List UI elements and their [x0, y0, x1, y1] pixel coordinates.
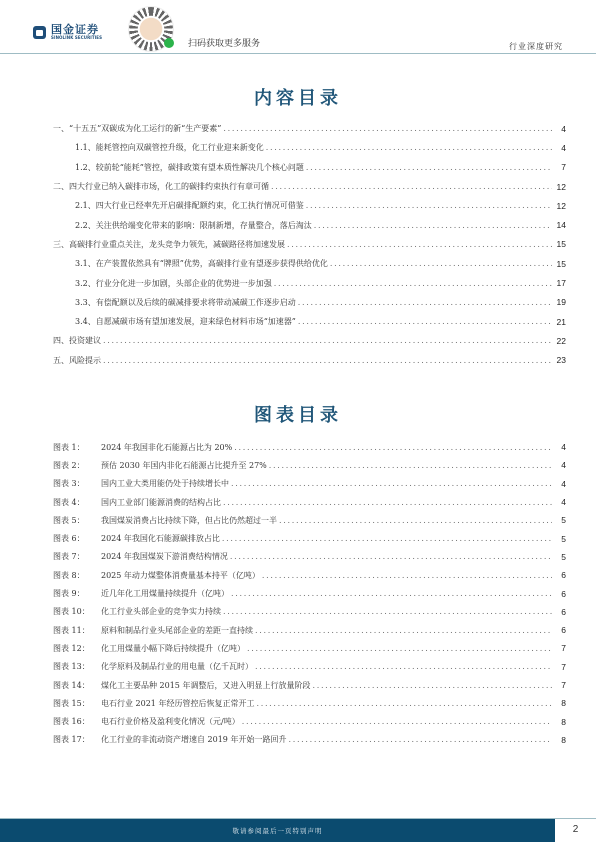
figure-label: 图表 3：	[53, 478, 101, 489]
figure-label: 图表 12：	[53, 643, 101, 654]
figure-entry[interactable]: 图表 12：化工用煤量小幅下降后持续提升（亿吨）7	[53, 639, 566, 657]
figure-page[interactable]: 4	[552, 460, 566, 470]
figure-page[interactable]: 6	[552, 607, 566, 617]
figure-entry[interactable]: 图表 6：2024 年我国化石能源碳排放占比5	[53, 529, 566, 547]
figure-page[interactable]: 7	[552, 662, 566, 672]
figure-title[interactable]: 预估 2030 年国内非化石能源占比提升至 27%	[101, 461, 267, 470]
dot-leader	[255, 662, 552, 671]
figure-entry[interactable]: 图表 13：化学原料及制品行业的用电量（亿千瓦时）7	[53, 658, 566, 676]
figure-page[interactable]: 4	[552, 479, 566, 489]
figure-title[interactable]: 化学原料及制品行业的用电量（亿千瓦时）	[101, 662, 253, 671]
figure-title[interactable]: 2025 年动力煤整体消费量基本持平（亿吨）	[101, 571, 260, 580]
dot-leader	[274, 279, 552, 288]
figure-label: 图表 9：	[53, 588, 101, 599]
figure-label: 图表 4：	[53, 497, 101, 508]
dot-leader	[223, 607, 552, 616]
figure-title[interactable]: 近几年化工用煤量持续提升（亿吨）	[101, 589, 229, 598]
entry-page[interactable]: 23	[552, 355, 566, 365]
figure-title[interactable]: 2024 年我国非化石能源占比为 20%	[101, 443, 232, 452]
figure-page[interactable]: 7	[552, 680, 566, 690]
entry-page[interactable]: 22	[552, 336, 566, 346]
figure-entry[interactable]: 图表 10：化工行业头部企业的竞争实力持续6	[53, 603, 566, 621]
entry-page[interactable]: 21	[552, 317, 566, 327]
entry-title[interactable]: 三、高碳排行业重点关注，龙头竞争力领先，减碳路径将加速发展	[53, 239, 287, 250]
figure-title[interactable]: 我国煤炭消费占比持续下降，但占比仍然超过一半	[101, 516, 277, 525]
entry-page[interactable]: 12	[552, 201, 566, 211]
brand-name-en: SINOLINK SECURITIES	[51, 36, 102, 40]
contents-title: 内容目录	[0, 84, 596, 110]
dot-leader	[255, 626, 552, 635]
figure-label: 图表 6：	[53, 533, 101, 544]
figure-label: 图表 14：	[53, 680, 101, 691]
dot-leader	[269, 461, 552, 470]
dot-leader	[298, 298, 552, 307]
figure-page[interactable]: 4	[552, 442, 566, 452]
figure-label: 图表 16：	[53, 716, 101, 727]
figure-label: 图表 2：	[53, 460, 101, 471]
figure-title[interactable]: 原料和制品行业头尾部企业的差距一直持续	[101, 626, 253, 635]
figure-title[interactable]: 煤化工主要品种 2015 年调整后，又进入明显上行放量阶段	[101, 681, 310, 690]
entry-page[interactable]: 4	[552, 143, 566, 153]
contents-list: 一、“十五五”双碳成为化工运行的新“生产要素”41.1、能耗管控向双碳管控升级，…	[53, 119, 566, 370]
contents-entry[interactable]: 五、风险提示23	[53, 351, 566, 370]
contents-entry[interactable]: 二、四大行业已纳入碳排市场，化工的碳排约束执行有章可循12	[53, 177, 566, 196]
entry-page[interactable]: 19	[552, 297, 566, 307]
dot-leader	[230, 552, 552, 561]
page-number: 2	[555, 824, 596, 835]
header-divider	[0, 53, 596, 54]
figure-entry[interactable]: 图表 5：我国煤炭消费占比持续下降，但占比仍然超过一半5	[53, 511, 566, 529]
figure-entry[interactable]: 图表 3：国内工业大类用能仍处于持续增长中4	[53, 475, 566, 493]
entry-title[interactable]: 3.3、有偿配额以及后续的碳减排要求将带动减碳工作逐步启动	[75, 297, 298, 308]
figure-title[interactable]: 电石行业价格及盈利变化情况（元/吨）	[101, 717, 240, 726]
dot-leader	[242, 717, 552, 726]
entry-page[interactable]: 15	[552, 239, 566, 249]
entry-title[interactable]: 一、“十五五”双碳成为化工运行的新“生产要素”	[53, 123, 223, 134]
figure-label: 图表 7：	[53, 551, 101, 562]
qr-label: 扫码获取更多服务	[188, 36, 260, 49]
figure-entry[interactable]: 图表 16：电石行业价格及盈利变化情况（元/吨）8	[53, 712, 566, 730]
dot-leader	[287, 240, 552, 249]
figure-page[interactable]: 5	[552, 534, 566, 544]
dot-leader	[262, 571, 552, 580]
contents-entry[interactable]: 3.3、有偿配额以及后续的碳减排要求将带动减碳工作逐步启动19	[53, 293, 566, 312]
figure-page[interactable]: 6	[552, 625, 566, 635]
dot-leader	[279, 516, 552, 525]
entry-page[interactable]: 17	[552, 278, 566, 288]
figure-title[interactable]: 2024 年我国煤炭下游消费结构情况	[101, 552, 228, 561]
entry-title[interactable]: 3.4、自愿减碳市场有望加速发展，迎来绿色材料市场“加速器”	[75, 316, 298, 327]
figure-entry[interactable]: 图表 1：2024 年我国非化石能源占比为 20%4	[53, 438, 566, 456]
figure-title[interactable]: 国内工业部门能源消费的结构占比	[101, 498, 221, 507]
entry-page[interactable]: 12	[552, 182, 566, 192]
figure-page[interactable]: 8	[552, 717, 566, 727]
dot-leader	[271, 182, 552, 191]
entry-page[interactable]: 14	[552, 220, 566, 230]
contents-entry[interactable]: 三、高碳排行业重点关注，龙头竞争力领先，减碳路径将加速发展15	[53, 235, 566, 254]
entry-title[interactable]: 1.2、较前轮“能耗”管控，碳排政策有望本质性解决几个核心问题	[75, 162, 306, 173]
contents-entry[interactable]: 2.2、关注供给端变化带来的影响：限制新增，存量整合，落后淘汰14	[53, 215, 566, 234]
figure-title[interactable]: 国内工业大类用能仍处于持续增长中	[101, 479, 229, 488]
contents-entry[interactable]: 3.4、自愿减碳市场有望加速发展，迎来绿色材料市场“加速器”21	[53, 312, 566, 331]
figure-label: 图表 13：	[53, 661, 101, 672]
figures-title: 图表目录	[0, 401, 596, 427]
entry-title[interactable]: 二、四大行业已纳入碳排市场，化工的碳排约束执行有章可循	[53, 181, 271, 192]
entry-page[interactable]: 7	[552, 162, 566, 172]
entry-title[interactable]: 2.1、四大行业已经率先开启碳排配额约束，化工执行情况可借鉴	[75, 200, 306, 211]
figure-entry[interactable]: 图表 15：电石行业 2021 年经历管控后恢复正常开工8	[53, 694, 566, 712]
dot-leader	[298, 317, 552, 326]
brand-mark-icon	[33, 26, 46, 39]
figure-label: 图表 15：	[53, 698, 101, 709]
dot-leader	[223, 124, 552, 133]
figure-page[interactable]: 5	[552, 552, 566, 562]
figure-entry[interactable]: 图表 9：近几年化工用煤量持续提升（亿吨）6	[53, 584, 566, 602]
dot-leader	[247, 644, 552, 653]
figure-page[interactable]: 4	[552, 497, 566, 507]
entry-page[interactable]: 4	[552, 124, 566, 134]
figure-label: 图表 8：	[53, 570, 101, 581]
figure-page[interactable]: 5	[552, 515, 566, 525]
contents-entry[interactable]: 一、“十五五”双碳成为化工运行的新“生产要素”4	[53, 119, 566, 138]
dot-leader	[234, 443, 552, 452]
contents-entry[interactable]: 3.1、在产装置依然具有“牌照”优势，高碳排行业有望逐步获得供给优化15	[53, 254, 566, 273]
figure-title[interactable]: 化工用煤量小幅下降后持续提升（亿吨）	[101, 644, 245, 653]
figure-entry[interactable]: 图表 8：2025 年动力煤整体消费量基本持平（亿吨）6	[53, 566, 566, 584]
dot-leader	[306, 163, 552, 172]
entry-title[interactable]: 四、投资建议	[53, 335, 103, 346]
page-footer: 敬请参阅最后一页特别声明 2	[0, 818, 596, 842]
dot-leader	[266, 143, 552, 152]
figure-page[interactable]: 8	[552, 698, 566, 708]
report-type: 行业深度研究	[509, 41, 563, 52]
dot-leader	[222, 534, 552, 543]
dot-leader	[103, 356, 552, 365]
figure-title[interactable]: 化工行业的非流动资产增速自 2019 年开始一路回升	[101, 735, 286, 744]
page-header: 国金证券 SINOLINK SECURITIES 扫码获取更多服务 行业深度研究	[0, 0, 596, 50]
dot-leader	[231, 589, 552, 598]
dot-leader	[231, 479, 552, 488]
contents-entry[interactable]: 1.2、较前轮“能耗”管控，碳排政策有望本质性解决几个核心问题7	[53, 158, 566, 177]
figure-page[interactable]: 6	[552, 589, 566, 599]
figure-entry[interactable]: 图表 11：原料和制品行业头尾部企业的差距一直持续6	[53, 621, 566, 639]
entry-title[interactable]: 3.2、行业分化进一步加剧，头部企业的优势进一步加强	[75, 278, 274, 289]
entry-title[interactable]: 1.1、能耗管控向双碳管控升级，化工行业迎来新变化	[75, 142, 266, 153]
dot-leader	[306, 201, 552, 210]
dot-leader	[288, 735, 552, 744]
figure-page[interactable]: 8	[552, 735, 566, 745]
contents-entry[interactable]: 四、投资建议22	[53, 331, 566, 350]
dot-leader	[256, 699, 552, 708]
figure-title[interactable]: 电石行业 2021 年经历管控后恢复正常开工	[101, 699, 254, 708]
figure-entry[interactable]: 图表 4：国内工业部门能源消费的结构占比4	[53, 493, 566, 511]
dot-leader	[103, 336, 552, 345]
figure-label: 图表 5：	[53, 515, 101, 526]
dot-leader	[223, 498, 552, 507]
figure-entry[interactable]: 图表 14：煤化工主要品种 2015 年调整后，又进入明显上行放量阶段7	[53, 676, 566, 694]
figure-label: 图表 11：	[53, 625, 101, 636]
figure-title[interactable]: 2024 年我国化石能源碳排放占比	[101, 534, 220, 543]
brand-logo: 国金证券 SINOLINK SECURITIES	[33, 24, 102, 40]
figure-label: 图表 10：	[53, 606, 101, 617]
figure-title[interactable]: 化工行业头部企业的竞争实力持续	[101, 607, 221, 616]
dot-leader	[330, 259, 552, 268]
contents-entry[interactable]: 1.1、能耗管控向双碳管控升级，化工行业迎来新变化4	[53, 138, 566, 157]
entry-title[interactable]: 五、风险提示	[53, 355, 103, 366]
entry-title[interactable]: 2.2、关注供给端变化带来的影响：限制新增，存量整合，落后淘汰	[75, 220, 314, 231]
entry-page[interactable]: 15	[552, 259, 566, 269]
figure-label: 图表 1：	[53, 442, 101, 453]
brand-name-cn: 国金证券	[51, 24, 102, 35]
figure-entry[interactable]: 图表 7：2024 年我国煤炭下游消费结构情况5	[53, 548, 566, 566]
dot-leader	[314, 221, 552, 230]
dot-leader	[312, 681, 552, 690]
figure-entry[interactable]: 图表 2：预估 2030 年国内非化石能源占比提升至 27%4	[53, 456, 566, 474]
wechat-badge-icon	[164, 38, 174, 48]
figure-entry[interactable]: 图表 17：化工行业的非流动资产增速自 2019 年开始一路回升8	[53, 731, 566, 749]
entry-title[interactable]: 3.1、在产装置依然具有“牌照”优势，高碳排行业有望逐步获得供给优化	[75, 258, 330, 269]
figure-label: 图表 17：	[53, 734, 101, 745]
contents-entry[interactable]: 3.2、行业分化进一步加剧，头部企业的优势进一步加强17	[53, 273, 566, 292]
figures-list: 图表 1：2024 年我国非化石能源占比为 20%4图表 2：预估 2030 年…	[53, 438, 566, 749]
contents-entry[interactable]: 2.1、四大行业已经率先开启碳排配额约束，化工执行情况可借鉴12	[53, 196, 566, 215]
figure-page[interactable]: 7	[552, 643, 566, 653]
figure-page[interactable]: 6	[552, 570, 566, 580]
footer-disclaimer: 敬请参阅最后一页特别声明	[0, 826, 555, 835]
